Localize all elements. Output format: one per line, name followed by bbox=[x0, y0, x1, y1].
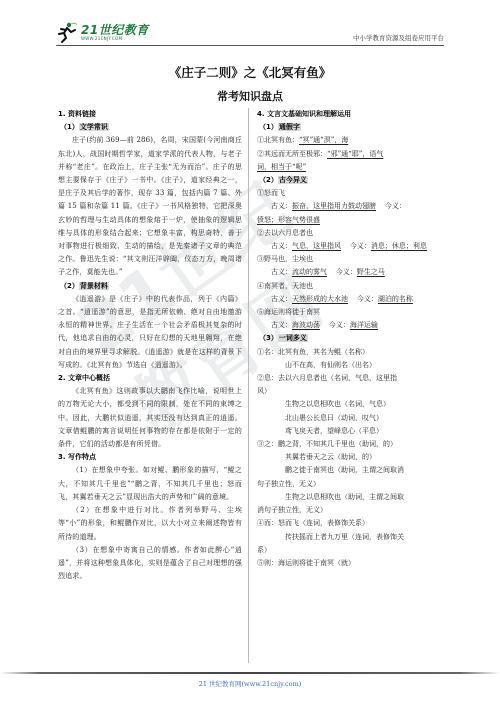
subsection-heading-4-1: （1）通假字 bbox=[257, 121, 445, 134]
subsection-heading-1-2: （2）背景材料 bbox=[58, 280, 242, 293]
paragraph-background: 《逍遥游》是《庄子》中的代表作品，列于《内篇》之首。“逍遥游”的意思，是指无所依… bbox=[58, 293, 242, 372]
polysemy-item: ④而：怒而飞（连词，表修饰关系） bbox=[257, 517, 445, 530]
item-number: ④ bbox=[257, 282, 264, 290]
subsection-number: （3） bbox=[259, 334, 278, 342]
gujin-meaning: 古义：天然形成的大水池 今义：湖泊的名称 bbox=[257, 293, 445, 306]
document-subtitle: 常考知识盘点 bbox=[0, 88, 500, 104]
section-heading-1: 1. 资料链接 bbox=[58, 108, 242, 121]
subsection-heading-4-3: （3）一词多义 bbox=[257, 332, 445, 345]
ancient-label: 古义： bbox=[271, 321, 292, 329]
gujin-meaning: 古义：海波动荡 今义：海洋运输 bbox=[257, 319, 445, 332]
item-number: ① bbox=[257, 136, 264, 144]
ancient-meaning: 流动的雾气 bbox=[292, 268, 327, 276]
explanation: “冥”通“溟”，海 bbox=[299, 136, 348, 144]
source-text: 去以六月息者也 bbox=[264, 229, 313, 237]
page-header: 21世纪教育 WWW.21CNJY.COM 中小学教育资源及组卷应用平台 bbox=[56, 20, 444, 46]
modern-label: 今义： bbox=[357, 295, 378, 303]
source-text: 其远而无所至极邪： bbox=[264, 150, 327, 158]
gujin-item: ⑤海运则将徙于南冥 bbox=[257, 306, 445, 319]
polysemy-item: ①名：北冥有鱼，其名为鲲（名称） bbox=[257, 346, 445, 359]
ancient-meaning: 振奋，这里指用力鼓动翅膀 bbox=[292, 202, 376, 210]
polysemy-item: ②息：去以六月息者也（名词，气息，这里指 bbox=[257, 372, 445, 385]
source-text: 野马也，尘埃也 bbox=[264, 255, 313, 263]
footer-link[interactable]: 21 世纪教育网(www.21cnjy.com) bbox=[0, 679, 500, 688]
polysemy-item: ③之：鹏之背，不知其几千里也（助词，的） bbox=[257, 438, 445, 451]
subsection-label: 文学常识 bbox=[79, 123, 109, 131]
item-number: ② bbox=[257, 229, 264, 237]
polysemy-item: ⑤则：海运则将徙于南冥（就） bbox=[257, 557, 445, 570]
item-number: ① bbox=[257, 189, 264, 197]
modern-meaning: 海洋运输 bbox=[350, 321, 378, 329]
subsection-number: （2） bbox=[259, 176, 278, 184]
source-text: 海运则将徙于南冥 bbox=[264, 308, 320, 316]
modern-label: 今义： bbox=[336, 268, 357, 276]
subsection-label: 通假字 bbox=[278, 123, 301, 131]
subsection-number: （1） bbox=[259, 123, 278, 131]
section-heading-3: 3. 写作特点 bbox=[58, 451, 242, 464]
modern-meaning: 湖泊的名称 bbox=[378, 295, 413, 303]
paragraph-writing-feature-3: （3）在想象中寄寓自己的情感。作者如此醉心“逍遥”，并将这种想象具体化，实则是蕴… bbox=[58, 544, 242, 584]
subsection-label: 古今异义 bbox=[278, 176, 308, 184]
source-text: 北冥有鱼： bbox=[264, 136, 299, 144]
subsection-number: （2） bbox=[60, 282, 79, 290]
polysemy-example: 其翼若垂天之云（助词，的） bbox=[257, 451, 445, 464]
right-column: 4. 文言文基础知识和理解运用 （1）通假字 ①北冥有鱼：“冥”通“溟”，海 ②… bbox=[257, 108, 445, 570]
section-heading-2: 2. 文章中心概括 bbox=[58, 372, 242, 385]
gujin-meaning: 古义：流动的雾气 今义：野生之马 bbox=[257, 266, 445, 279]
polysemy-example: 山不在高，有仙则名（出名） bbox=[257, 359, 445, 372]
polysemy-example: 生物之以息相吹也（名词，气息） bbox=[257, 398, 445, 411]
gujin-meaning: 古义：气息，这里指风 今义：消息；休息；利息 bbox=[257, 240, 445, 253]
subsection-heading-1-1: （1）文学常识 bbox=[58, 121, 242, 134]
modern-label: 今义： bbox=[385, 202, 406, 210]
paragraph-literary-knowledge: 庄子(约前 369—前 286)，名周，宋国蒙(今河南商丘东北)人，战国时期哲学… bbox=[58, 134, 242, 279]
subsection-number: （1） bbox=[60, 123, 79, 131]
section-heading-4: 4. 文言文基础知识和理解运用 bbox=[257, 108, 445, 121]
polysemy-example-cont: 消句子独立性，无义） bbox=[257, 504, 445, 517]
explanation: 词，相当于“呢” bbox=[257, 163, 306, 171]
item-number: ② bbox=[257, 150, 264, 158]
subsection-heading-4-2: （2）古今异义 bbox=[257, 174, 445, 187]
runner-logo-icon bbox=[56, 21, 78, 43]
column-divider bbox=[248, 108, 249, 663]
ancient-label: 古义： bbox=[271, 202, 292, 210]
item-number: ③ bbox=[257, 255, 264, 263]
tongjia-item: ②其远而无所至极邪：“邪”通“耶”，语气 bbox=[257, 148, 445, 161]
gujin-meaning-cont: 愤怒；形容气势很盛 bbox=[257, 214, 445, 227]
polysemy-example: 鸢飞戾天者，望峰息心（平息） bbox=[257, 425, 445, 438]
modern-label: 今义： bbox=[329, 321, 350, 329]
gujin-item: ①怒而飞 bbox=[257, 187, 445, 200]
polysemy-example: 生物之以息相吹也（助词，主谓之间取 bbox=[257, 491, 445, 504]
ancient-meaning: 气息，这里指风 bbox=[292, 242, 341, 250]
ancient-meaning: 天然形成的大水池 bbox=[292, 295, 348, 303]
modern-label: 今义： bbox=[350, 242, 371, 250]
ancient-label: 古义： bbox=[271, 295, 292, 303]
gujin-item: ③野马也，尘埃也 bbox=[257, 253, 445, 266]
polysemy-example: 抟扶摇而上者九万里（连词，表修饰关 bbox=[257, 531, 445, 544]
subsection-label: 背景材料 bbox=[79, 282, 109, 290]
ancient-label: 古义： bbox=[271, 268, 292, 276]
explanation: “邪”通“耶”，语气 bbox=[327, 150, 383, 158]
polysemy-example-cont: 系） bbox=[257, 544, 445, 557]
left-column: 1. 资料链接 （1）文学常识 庄子(约前 369—前 286)，名周，宋国蒙(… bbox=[58, 108, 242, 583]
gujin-meaning: 古义：振奋，这里指用力鼓动翅膀 今义： bbox=[257, 200, 445, 213]
logo-text: 21世纪教育 bbox=[81, 24, 149, 36]
header-tagline: 中小学教育资源及组卷应用平台 bbox=[353, 33, 444, 42]
gujin-item: ④南冥者，天池也 bbox=[257, 280, 445, 293]
polysemy-example: 北山愚公长息曰（动词，叹气） bbox=[257, 412, 445, 425]
gujin-item: ②去以六月息者也 bbox=[257, 227, 445, 240]
subsection-label: 一词多义 bbox=[278, 334, 308, 342]
ancient-label: 古义： bbox=[271, 242, 292, 250]
modern-meaning: 野生之马 bbox=[357, 268, 385, 276]
source-text: 南冥者，天池也 bbox=[264, 282, 313, 290]
polysemy-example-cont: 句子独立性，无义） bbox=[257, 478, 445, 491]
logo-url: WWW.21CNJY.COM bbox=[81, 37, 149, 41]
tongjia-item: ①北冥有鱼：“冥”通“溟”，海 bbox=[257, 134, 445, 147]
modern-meaning: 愤怒；形容气势很盛 bbox=[257, 216, 320, 224]
polysemy-item-cont: 风） bbox=[257, 385, 445, 398]
brand-logo[interactable]: 21世纪教育 WWW.21CNJY.COM bbox=[56, 20, 149, 44]
item-number: ⑤ bbox=[257, 308, 264, 316]
source-text: 怒而飞 bbox=[264, 189, 285, 197]
ancient-meaning: 海波动荡 bbox=[292, 321, 320, 329]
document-title: 《庄子二则》之《北冥有鱼》 bbox=[0, 63, 500, 81]
footer-divider bbox=[0, 672, 500, 674]
paragraph-writing-feature-2: （2）在想象中进行对比。作者列举野马、尘埃等“小”的形象，和鲲鹏作对比，以大小对… bbox=[58, 504, 242, 544]
paragraph-writing-feature-1: （1）在想象中夸张。如对鲲、鹏形象的描写，“鲲之大，不知其几千里也”“鹏之背，不… bbox=[58, 464, 242, 504]
tongjia-item-cont: 词，相当于“呢” bbox=[257, 161, 445, 174]
modern-meaning: 消息；休息；利息 bbox=[371, 242, 427, 250]
paragraph-central-idea: 《北冥有鱼》这则故事以大鹏南飞作比喻，说明世上的万物无论大小，都受到不同的限制，… bbox=[58, 385, 242, 451]
polysemy-example: 鹏之徙于南冥也（助词，主谓之间取消 bbox=[257, 464, 445, 477]
